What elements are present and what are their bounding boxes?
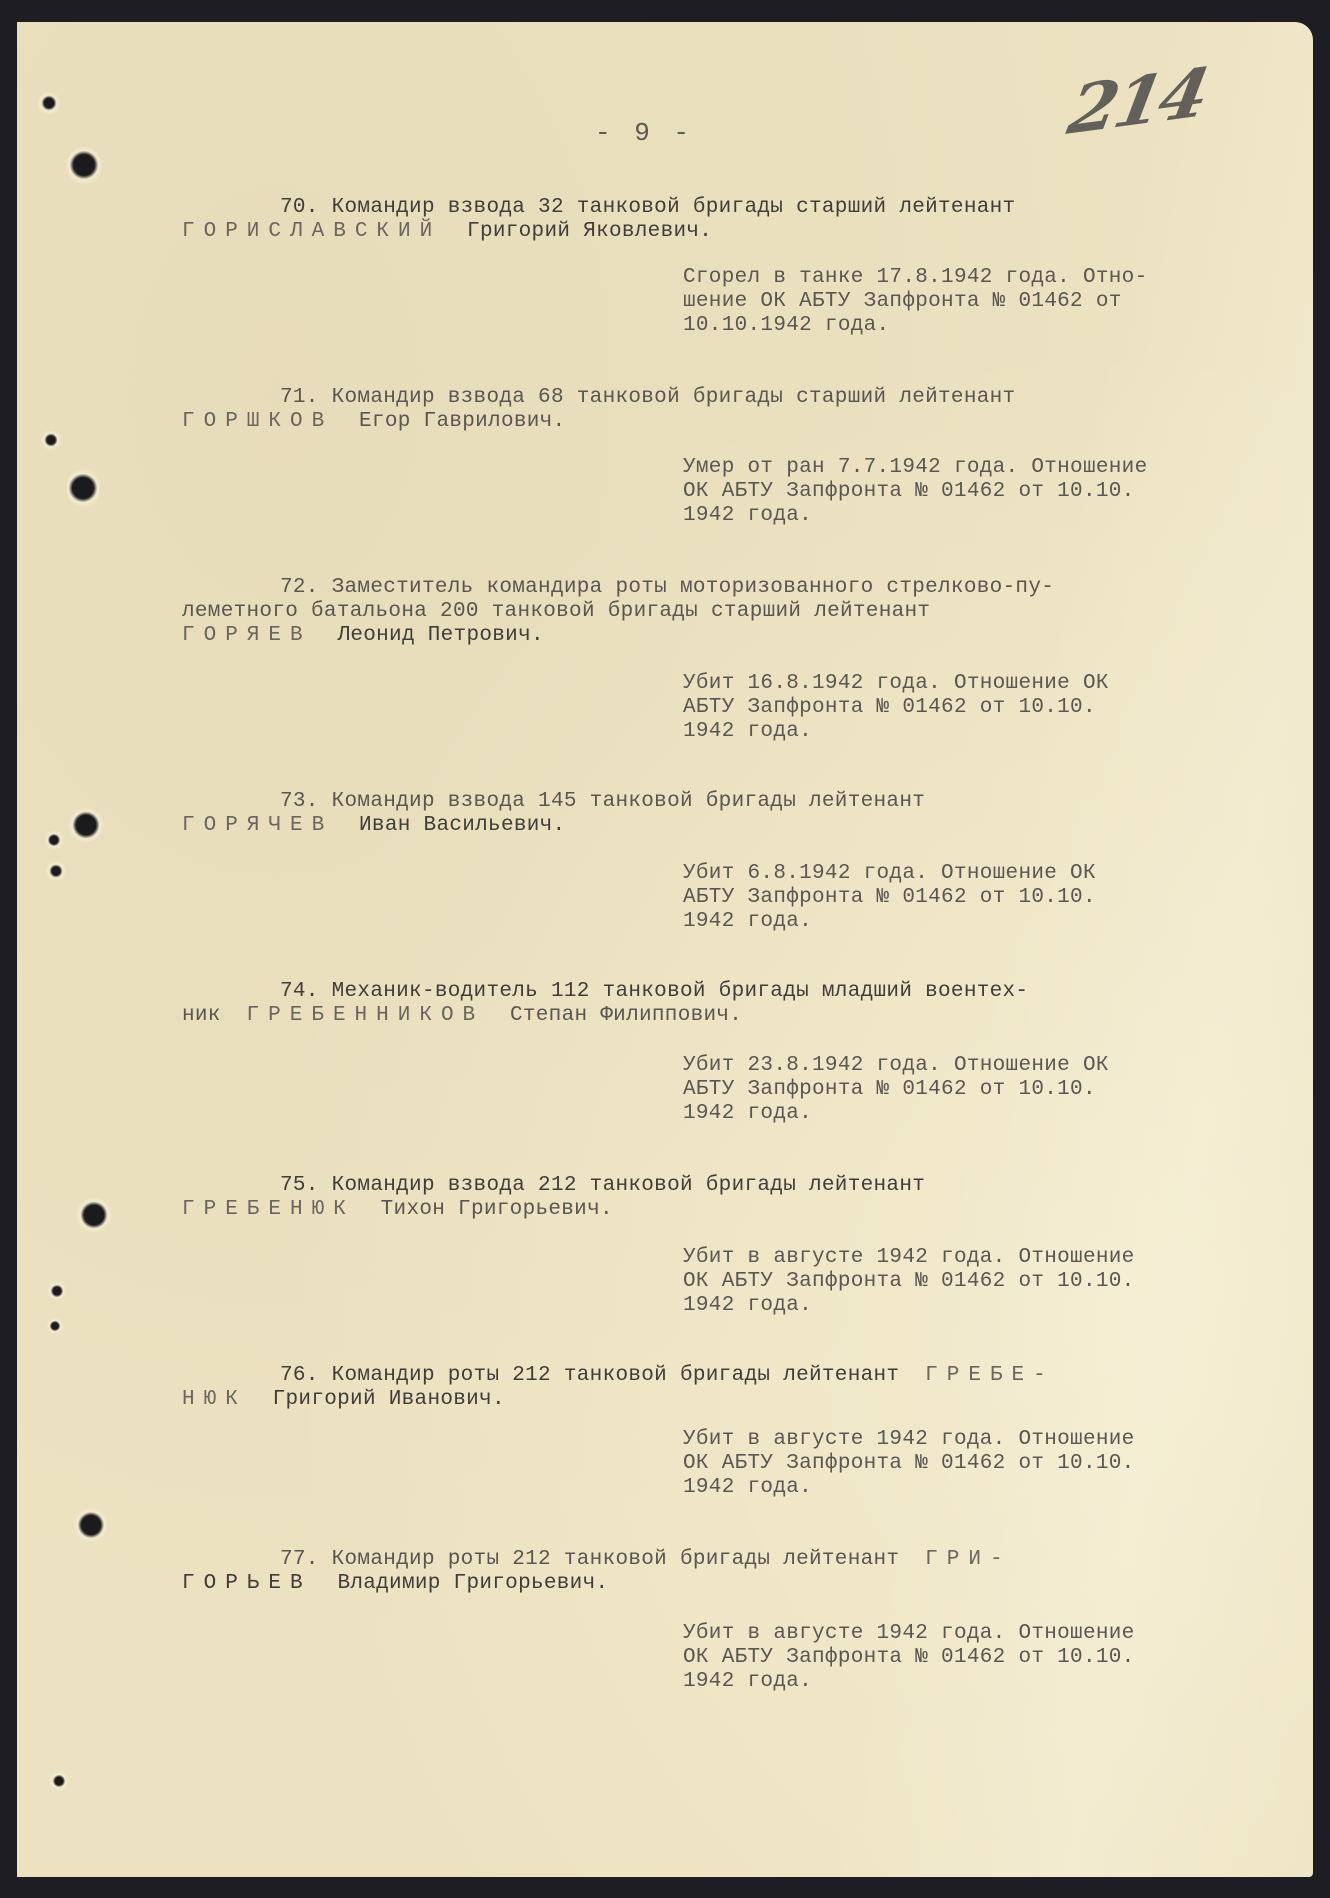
entry-description: Командир взвода 145 танковой бригады лей…: [332, 790, 926, 813]
first-name-patronymic: Владимир Григорьевич.: [337, 1572, 608, 1595]
entry-description: Командир роты 212 танковой бригады лейте…: [332, 1364, 900, 1387]
first-name-patronymic: Степан Филиппович.: [510, 1004, 742, 1027]
punch-hole: [66, 146, 102, 184]
surname-part-1: ГРЕБЕ-: [925, 1364, 1055, 1387]
note-line: АБТУ Запфронта № 01462 от 10.10.: [683, 1078, 1096, 1102]
surname: ГРЕБЕНЮК: [182, 1198, 355, 1221]
note-line: шение ОК АБТУ Запфронта № 01462 от: [683, 290, 1122, 314]
note-line: 1942 года.: [683, 1294, 812, 1318]
note-line: 1942 года.: [683, 1476, 812, 1500]
note-line: 10.10.1942 года.: [683, 314, 889, 338]
note-line: Убит в августе 1942 года. Отношение: [683, 1428, 1135, 1452]
entry-name-line: ГОРИСЛАВСКИЙ Григорий Яковлевич.: [182, 220, 712, 244]
note-line: 1942 года.: [683, 1670, 812, 1694]
note-line: Сгорел в танке 17.8.1942 года. Отно-: [683, 266, 1147, 290]
entry-header: 70. Командир взвода 32 танковой бригады …: [280, 196, 1015, 220]
first-name-patronymic: Тихон Григорьевич.: [381, 1198, 613, 1221]
note-line: Убит 23.8.1942 года. Отношение ОК: [683, 1054, 1109, 1078]
note-line: Убит в августе 1942 года. Отношение: [683, 1246, 1135, 1270]
entry-name-line: НЮК Григорий Иванович.: [182, 1388, 505, 1412]
entry-number: 72.: [280, 576, 319, 599]
entry-header: 74. Механик-водитель 112 танковой бригад…: [280, 980, 1028, 1004]
entry-number: 77.: [280, 1548, 319, 1571]
entry-number: 73.: [280, 790, 319, 813]
entry-header: 72. Заместитель командира роты моторизов…: [280, 576, 1054, 600]
entry-description: Командир взвода 212 танковой бригады лей…: [332, 1174, 926, 1197]
page-number: - 9 -: [595, 118, 693, 148]
punch-hole: [46, 1318, 64, 1334]
note-line: 1942 года.: [683, 720, 812, 744]
entry-name-line: ГОРЯЕВ Леонид Петрович.: [182, 624, 544, 648]
punch-hole: [46, 1282, 68, 1300]
punch-hole: [44, 862, 68, 880]
surname: ГОРИСЛАВСКИЙ: [182, 220, 441, 243]
entry-header: 76. Командир роты 212 танковой бригады л…: [280, 1364, 1055, 1388]
entry-number: 70.: [280, 196, 319, 219]
surname-part-2: ГОРЬЕВ: [182, 1572, 312, 1595]
note-line: Убит в августе 1942 года. Отношение: [683, 1622, 1135, 1646]
note-line: ОК АБТУ Запфронта № 01462 от 10.10.: [683, 1270, 1135, 1294]
note-line: АБТУ Запфронта № 01462 от 10.10.: [683, 886, 1096, 910]
entry-description-continued: ник: [182, 1004, 221, 1027]
surname: ГОРШКОВ: [182, 410, 333, 433]
entry-number: 71.: [280, 386, 319, 409]
note-line: Умер от ран 7.7.1942 года. Отношение: [683, 456, 1147, 480]
entry-description: Командир взвода 32 танковой бригады стар…: [332, 196, 1016, 219]
entry-description: Командир взвода 68 танковой бригады стар…: [332, 386, 1016, 409]
note-line: 1942 года.: [683, 1102, 812, 1126]
punch-hole: [40, 430, 62, 450]
entry-header: 75. Командир взвода 212 танковой бригады…: [280, 1174, 925, 1198]
surname: ГОРЯЧЕВ: [182, 814, 333, 837]
first-name-patronymic: Леонид Петрович.: [337, 624, 543, 647]
first-name-patronymic: Григорий Яковлевич.: [467, 220, 712, 243]
entry-name-line: ГРЕБЕНЮК Тихон Григорьевич.: [182, 1198, 613, 1222]
surname-part-2: НЮК: [182, 1388, 247, 1411]
entry-name-line: ГОРЯЧЕВ Иван Васильевич.: [182, 814, 565, 838]
punch-hole: [36, 92, 62, 114]
entry-description: Командир роты 212 танковой бригады лейте…: [332, 1548, 900, 1571]
first-name-patronymic: Иван Васильевич.: [359, 814, 565, 837]
surname-part-1: ГРИ-: [925, 1548, 1011, 1571]
note-line: Убит 6.8.1942 года. Отношение ОК: [683, 862, 1096, 886]
entry-number: 74.: [280, 980, 319, 1003]
punch-hole: [74, 1508, 108, 1542]
note-line: ОК АБТУ Запфронта № 01462 от 10.10.: [683, 1646, 1135, 1670]
note-line: ОК АБТУ Запфронта № 01462 от 10.10.: [683, 480, 1135, 504]
punch-hole: [50, 1770, 68, 1792]
punch-hole: [44, 830, 64, 850]
entry-description: Заместитель командира роты моторизованно…: [332, 576, 1055, 599]
entry-header: 77. Командир роты 212 танковой бригады л…: [280, 1548, 1012, 1572]
punch-hole: [76, 1198, 112, 1232]
entry-name-line: ГОРЬЕВ Владимир Григорьевич.: [182, 1572, 608, 1596]
note-line: ОК АБТУ Запфронта № 01462 от 10.10.: [683, 1452, 1135, 1476]
entry-number: 76.: [280, 1364, 319, 1387]
note-line: Убит 16.8.1942 года. Отношение ОК: [683, 672, 1109, 696]
punch-hole: [68, 808, 104, 842]
surname: ГОРЯЕВ: [182, 624, 312, 647]
entry-header: 73. Командир взвода 145 танковой бригады…: [280, 790, 925, 814]
surname: ГРЕБЕННИКОВ: [247, 1004, 485, 1027]
first-name-patronymic: Григорий Иванович.: [273, 1388, 505, 1411]
entry-name-line: ник ГРЕБЕННИКОВ Степан Филиппович.: [182, 1004, 742, 1028]
entry-number: 75.: [280, 1174, 319, 1197]
note-line: АБТУ Запфронта № 01462 от 10.10.: [683, 696, 1096, 720]
entry-header: 71. Командир взвода 68 танковой бригады …: [280, 386, 1015, 410]
entry-name-line: ГОРШКОВ Егор Гаврилович.: [182, 410, 565, 434]
note-line: 1942 года.: [683, 504, 812, 528]
entry-description: Механик-водитель 112 танковой бригады мл…: [332, 980, 1029, 1003]
first-name-patronymic: Егор Гаврилович.: [359, 410, 565, 433]
punch-hole: [66, 468, 100, 508]
entry-description-continued: леметного батальона 200 танковой бригады…: [182, 600, 930, 624]
note-line: 1942 года.: [683, 910, 812, 934]
